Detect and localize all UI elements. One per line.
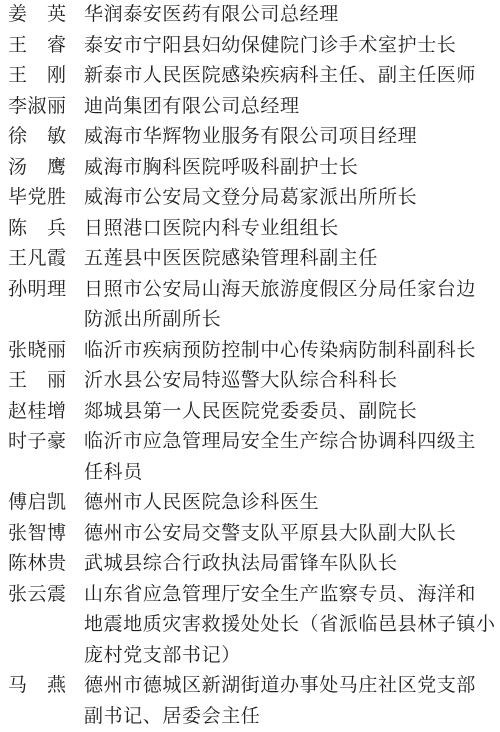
- person-title: 新泰市人民医院感染疾病科主任、副主任医师: [84, 61, 496, 92]
- roster-row: 张晓丽 临沂市疾病预防控制中心传染病防制科副科长: [8, 336, 496, 367]
- person-name: 王 刚: [8, 61, 66, 92]
- person-title: 日照港口医院内科专业组组长: [84, 214, 496, 245]
- roster-row: 张智博 德州市公安局交警支队平原县大队副大队长: [8, 519, 496, 550]
- person-title: 泰安市宁阳县妇幼保健院门诊手术室护士长: [84, 31, 496, 62]
- person-title: 郯城县第一人民医院党委委员、副院长: [84, 397, 496, 428]
- person-title: 临沂市应急管理局安全生产综合协调科四级主 任科员: [84, 427, 496, 488]
- person-title: 威海市公安局文登分局葛家派出所所长: [84, 183, 496, 214]
- person-name: 汤 鹰: [8, 153, 66, 184]
- person-name: 陈林贵: [8, 549, 66, 580]
- roster-row: 汤 鹰 威海市胸科医院呼吸科副护士长: [8, 153, 496, 184]
- person-title: 威海市华辉物业服务有限公司项目经理: [84, 122, 496, 153]
- person-name: 王 睿: [8, 31, 66, 62]
- person-name: 王 丽: [8, 366, 66, 397]
- person-name: 赵桂增: [8, 397, 66, 428]
- person-name: 孙明理: [8, 275, 66, 306]
- person-name: 张晓丽: [8, 336, 66, 367]
- person-name: 毕党胜: [8, 183, 66, 214]
- roster-row: 毕党胜 威海市公安局文登分局葛家派出所所长: [8, 183, 496, 214]
- person-name: 张云震: [8, 580, 66, 611]
- person-title: 沂水县公安局特巡警大队综合科科长: [84, 366, 496, 397]
- roster-row: 张云震 山东省应急管理厅安全生产监察专员、海洋和 地震地质灾害救援处处长（省派临…: [8, 580, 496, 672]
- person-title: 迪尚集团有限公司总经理: [84, 92, 496, 123]
- roster-row: 徐 敏 威海市华辉物业服务有限公司项目经理: [8, 122, 496, 153]
- person-title: 武城县综合行政执法局雷锋车队队长: [84, 549, 496, 580]
- person-name: 李淑丽: [8, 92, 66, 123]
- roster-row: 傅启凯 德州市人民医院急诊科医生: [8, 488, 496, 519]
- person-title: 威海市胸科医院呼吸科副护士长: [84, 153, 496, 184]
- roster-row: 马 燕 德州市德城区新湖街道办事处马庄社区党支部 副书记、居委会主任: [8, 671, 496, 732]
- person-title: 五莲县中医医院感染管理科副主任: [84, 244, 496, 275]
- person-name: 傅启凯: [8, 488, 66, 519]
- roster-row: 时子豪 临沂市应急管理局安全生产综合协调科四级主 任科员: [8, 427, 496, 488]
- person-title: 日照市公安局山海天旅游度假区分局任家台边 防派出所副所长: [84, 275, 496, 336]
- person-title: 德州市公安局交警支队平原县大队副大队长: [84, 519, 496, 550]
- roster-row: 李淑丽 迪尚集团有限公司总经理: [8, 92, 496, 123]
- person-title: 山东省应急管理厅安全生产监察专员、海洋和 地震地质灾害救援处处长（省派临邑县林子…: [84, 580, 496, 672]
- roster-row: 陈 兵 日照港口医院内科专业组组长: [8, 214, 496, 245]
- person-name: 马 燕: [8, 671, 66, 702]
- person-name: 时子豪: [8, 427, 66, 458]
- person-name: 张智博: [8, 519, 66, 550]
- person-name: 姜 英: [8, 0, 66, 31]
- person-title: 德州市人民医院急诊科医生: [84, 488, 496, 519]
- document-page: 姜 英 华润泰安医药有限公司总经理 王 睿 泰安市宁阳县妇幼保健院门诊手术室护士…: [0, 0, 500, 732]
- roster-row: 王凡霞 五莲县中医医院感染管理科副主任: [8, 244, 496, 275]
- person-title: 华润泰安医药有限公司总经理: [84, 0, 496, 31]
- roster-row: 王 刚 新泰市人民医院感染疾病科主任、副主任医师: [8, 61, 496, 92]
- roster-row: 王 丽 沂水县公安局特巡警大队综合科科长: [8, 366, 496, 397]
- roster-row: 王 睿 泰安市宁阳县妇幼保健院门诊手术室护士长: [8, 31, 496, 62]
- roster-row: 陈林贵 武城县综合行政执法局雷锋车队队长: [8, 549, 496, 580]
- person-name: 陈 兵: [8, 214, 66, 245]
- roster-row: 赵桂增 郯城县第一人民医院党委委员、副院长: [8, 397, 496, 428]
- person-name: 徐 敏: [8, 122, 66, 153]
- person-title: 德州市德城区新湖街道办事处马庄社区党支部 副书记、居委会主任: [84, 671, 496, 732]
- roster-row: 姜 英 华润泰安医药有限公司总经理: [8, 0, 496, 31]
- person-title: 临沂市疾病预防控制中心传染病防制科副科长: [84, 336, 496, 367]
- person-name: 王凡霞: [8, 244, 66, 275]
- roster-row: 孙明理 日照市公安局山海天旅游度假区分局任家台边 防派出所副所长: [8, 275, 496, 336]
